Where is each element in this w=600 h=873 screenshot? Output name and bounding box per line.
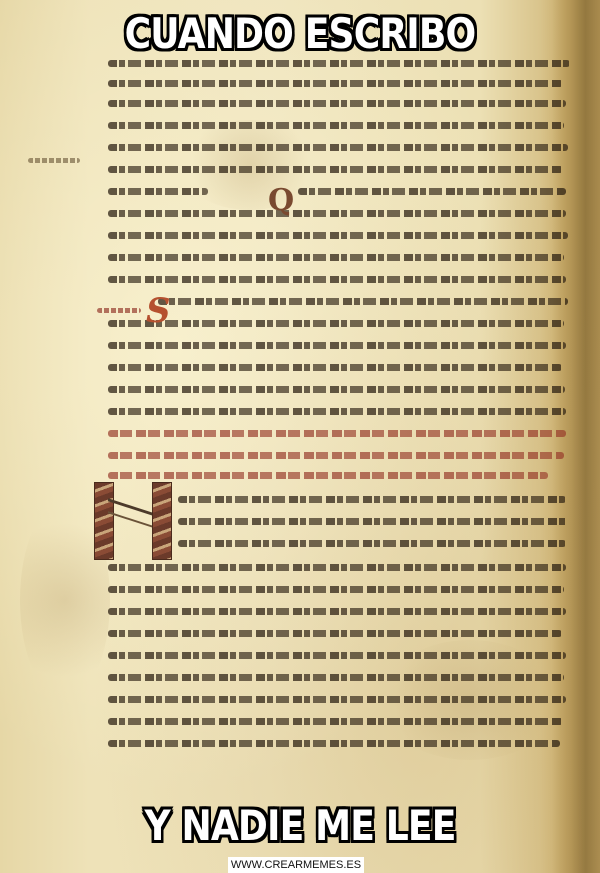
- top-caption: CUANDO ESCRIBO: [42, 8, 558, 60]
- script-line: [108, 122, 564, 129]
- initial-h-left-stem: [94, 482, 114, 560]
- script-line: [108, 674, 564, 681]
- script-line: [108, 232, 568, 239]
- illuminated-initial-h: [86, 482, 182, 560]
- script-line: [108, 144, 568, 151]
- margin-note: [28, 158, 80, 163]
- margin-note-rubric: [97, 308, 141, 313]
- initial-h-crossbar: [108, 498, 156, 529]
- script-line: [298, 188, 566, 195]
- initial-h-right-stem: [152, 482, 172, 560]
- script-line: [158, 298, 568, 305]
- script-line: [108, 586, 564, 593]
- illuminated-initial-s: S: [146, 294, 171, 328]
- script-line: [108, 364, 562, 371]
- parchment-stain: [180, 120, 320, 210]
- script-line: [108, 60, 570, 67]
- script-line: [108, 652, 566, 659]
- script-line: [108, 100, 566, 107]
- rubric-line: [108, 472, 548, 479]
- script-line: [108, 630, 562, 637]
- watermark: WWW.CREARMEMES.ES: [228, 857, 364, 873]
- script-line: [108, 608, 566, 615]
- script-line: [108, 342, 566, 349]
- script-line: [108, 740, 560, 747]
- script-line: [108, 210, 566, 217]
- script-line: [108, 80, 563, 87]
- script-line: [108, 188, 208, 195]
- meme-image: Q S CUANDO ESCRIBO Y NADIE ME LEE WWW.CR…: [0, 0, 600, 873]
- script-line: [108, 166, 563, 173]
- script-line: [108, 718, 563, 725]
- rubric-line: [108, 452, 564, 459]
- bottom-caption: Y NADIE ME LEE: [42, 800, 558, 852]
- script-line: [178, 518, 568, 525]
- illuminated-initial-q: Q: [268, 186, 294, 216]
- script-line: [108, 564, 566, 571]
- script-line: [178, 496, 566, 503]
- script-line: [108, 320, 564, 327]
- script-line: [108, 254, 564, 261]
- script-line: [108, 386, 565, 393]
- rubric-line: [108, 430, 566, 437]
- script-line: [108, 408, 566, 415]
- script-line: [178, 540, 566, 547]
- script-line: [108, 696, 566, 703]
- script-line: [108, 276, 566, 283]
